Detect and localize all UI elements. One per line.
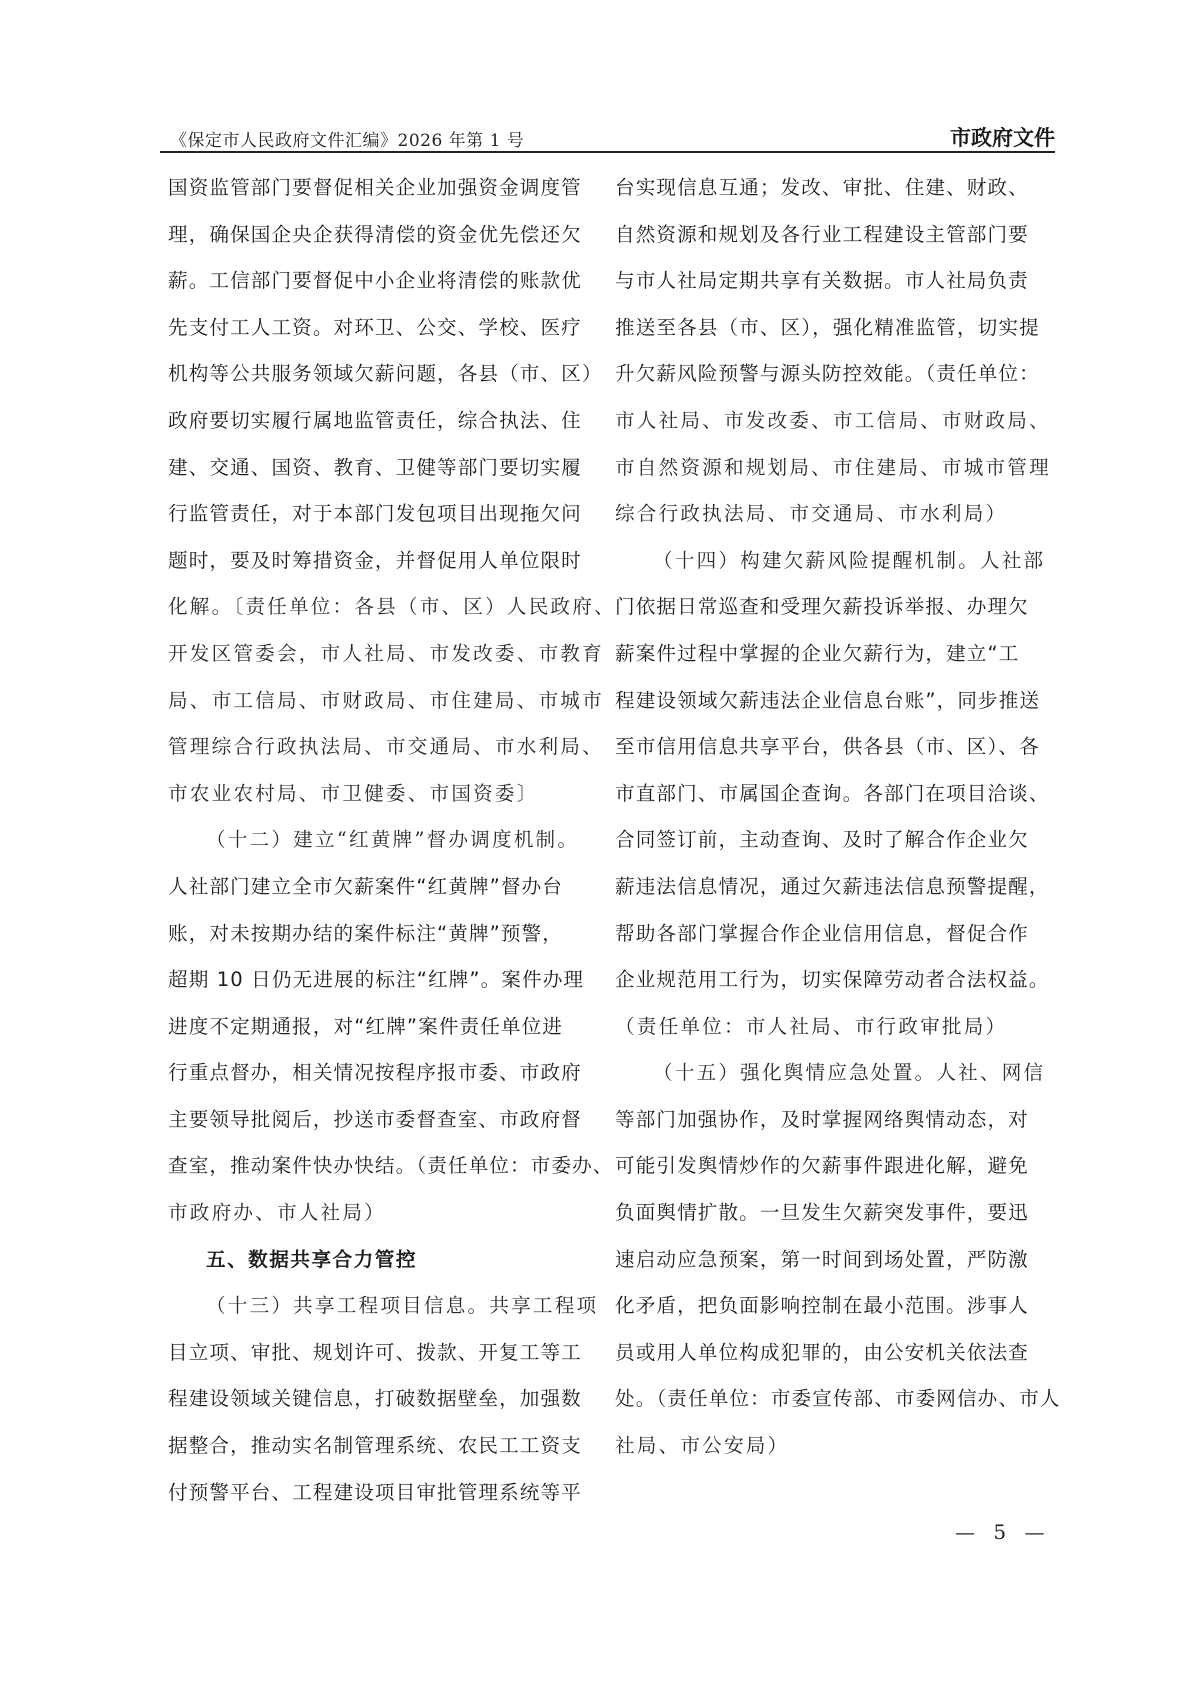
subsection-title-line: （十四）构建欠薪风险提醒机制。人社部 (615, 538, 1055, 585)
section-label: 市政府文件 (950, 122, 1055, 152)
text-line: 题时，要及时筹措资金，并督促用人单位限时 (168, 538, 603, 585)
text-line: 薪违法信息情况，通过欠薪违法信息预警提醒， (615, 864, 1055, 911)
text-line: 政府要切实履行属地监管责任，综合执法、住 (168, 398, 603, 445)
text-line: 员或用人单位构成犯罪的，由公安机关依法查 (615, 1330, 1055, 1377)
text-line: 台实现信息互通；发改、审批、住建、财政、 (615, 165, 1055, 212)
text-line: 门依据日常巡查和受理欠薪投诉举报、办理欠 (615, 584, 1055, 631)
text-line: 与市人社局定期共享有关数据。市人社局负责 (615, 258, 1055, 305)
section-heading: 五、数据共享合力管控 (168, 1237, 603, 1284)
text-line: （责任单位：市人社局、市行政审批局） (615, 1004, 1055, 1051)
text-line: 开发区管委会，市人社局、市发改委、市教育 (168, 631, 603, 678)
text-line: 可能引发舆情炒作的欠薪事件跟进化解，避免 (615, 1143, 1055, 1190)
text-line: 负面舆情扩散。一旦发生欠薪突发事件，要迅 (615, 1190, 1055, 1237)
text-line: 先支付工人工资。对环卫、公交、学校、医疗 (168, 305, 603, 352)
text-line: 局、市工信局、市财政局、市住建局、市城市 (168, 678, 603, 725)
text-line: 程建设领域欠薪违法企业信息台账”，同步推送 (615, 678, 1055, 725)
text-line: 人社部门建立全市欠薪案件“红黄牌”督办台 (168, 864, 603, 911)
running-header: 《保定市人民政府文件汇编》2026 年第 1 号 市政府文件 (160, 120, 1055, 150)
text-line: 目立项、审批、规划许可、拨款、开复工等工 (168, 1330, 603, 1377)
text-line: 市自然资源和规划局、市住建局、市城市管理 (615, 445, 1055, 492)
text-line: 市人社局、市发改委、市工信局、市财政局、 (615, 398, 1055, 445)
text-line: 综合行政执法局、市交通局、市水利局） (615, 491, 1055, 538)
subsection-title-line: （十三）共享工程项目信息。共享工程项 (168, 1283, 603, 1330)
text-line: 国资监管部门要督促相关企业加强资金调度管 (168, 165, 603, 212)
text-line: 化矛盾，把负面影响控制在最小范围。涉事人 (615, 1283, 1055, 1330)
text-line: 行重点督办，相关情况按程序报市委、市政府 (168, 1050, 603, 1097)
text-line: 等部门加强协作，及时掌握网络舆情动态，对 (615, 1097, 1055, 1144)
header-rule (160, 151, 1055, 153)
text-line: 处。（责任单位：市委宣传部、市委网信办、市人 (615, 1376, 1055, 1423)
publication-title: 《保定市人民政府文件汇编》2026 年第 1 号 (170, 126, 524, 151)
text-line: 超期 10 日仍无进展的标注“红牌”。案件办理 (168, 957, 603, 1004)
text-line: 进度不定期通报，对“红牌”案件责任单位进 (168, 1004, 603, 1051)
text-line: 薪案件过程中掌握的企业欠薪行为，建立“工 (615, 631, 1055, 678)
page-number: — 5 — (955, 1520, 1050, 1544)
text-line: 市政府办、市人社局） (168, 1190, 603, 1237)
text-line: 建、交通、国资、教育、卫健等部门要切实履 (168, 445, 603, 492)
text-line: 薪。工信部门要督促中小企业将清偿的账款优 (168, 258, 603, 305)
text-line: 至市信用信息共享平台，供各县（市、区）、各 (615, 724, 1055, 771)
text-line: 主要领导批阅后，抄送市委督查室、市政府督 (168, 1097, 603, 1144)
text-line: 帮助各部门掌握合作企业信用信息，督促合作 (615, 911, 1055, 958)
text-line: 合同签订前，主动查询、及时了解合作企业欠 (615, 817, 1055, 864)
text-line: 行监管责任，对于本部门发包项目出现拖欠问 (168, 491, 603, 538)
text-line: 市直部门、市属国企查询。各部门在项目洽谈、 (615, 771, 1055, 818)
text-line: 市农业农村局、市卫健委、市国资委〕 (168, 771, 603, 818)
text-line: 理，确保国企央企获得清偿的资金优先偿还欠 (168, 212, 603, 259)
text-line: 升欠薪风险预警与源头防控效能。（责任单位： (615, 351, 1055, 398)
text-line: 企业规范用工行为，切实保障劳动者合法权益。 (615, 957, 1055, 1004)
text-line: 程建设领域关键信息，打破数据壁垒，加强数 (168, 1376, 603, 1423)
text-line: 管理综合行政执法局、市交通局、市水利局、 (168, 724, 603, 771)
subsection-title-line: （十五）强化舆情应急处置。人社、网信 (615, 1050, 1055, 1097)
left-column: 国资监管部门要督促相关企业加强资金调度管理，确保国企央企获得清偿的资金优先偿还欠… (168, 165, 603, 1516)
text-line: 速启动应急预案，第一时间到场处置，严防激 (615, 1237, 1055, 1284)
text-line: 化解。〔责任单位：各县（市、区）人民政府、 (168, 584, 603, 631)
text-line: 查室，推动案件快办快结。（责任单位：市委办、 (168, 1143, 603, 1190)
text-line: 机构等公共服务领域欠薪问题，各县（市、区） (168, 351, 603, 398)
text-line: 账，对未按期办结的案件标注“黄牌”预警， (168, 911, 603, 958)
text-line: 付预警平台、工程建设项目审批管理系统等平 (168, 1470, 603, 1517)
text-line: 自然资源和规划及各行业工程建设主管部门要 (615, 212, 1055, 259)
right-column: 台实现信息互通；发改、审批、住建、财政、自然资源和规划及各行业工程建设主管部门要… (615, 165, 1055, 1470)
text-line: 据整合，推动实名制管理系统、农民工工资支 (168, 1423, 603, 1470)
text-line: 推送至各县（市、区），强化精准监管，切实提 (615, 305, 1055, 352)
subsection-title-line: （十二）建立“红黄牌”督办调度机制。 (168, 817, 603, 864)
text-line: 社局、市公安局） (615, 1423, 1055, 1470)
